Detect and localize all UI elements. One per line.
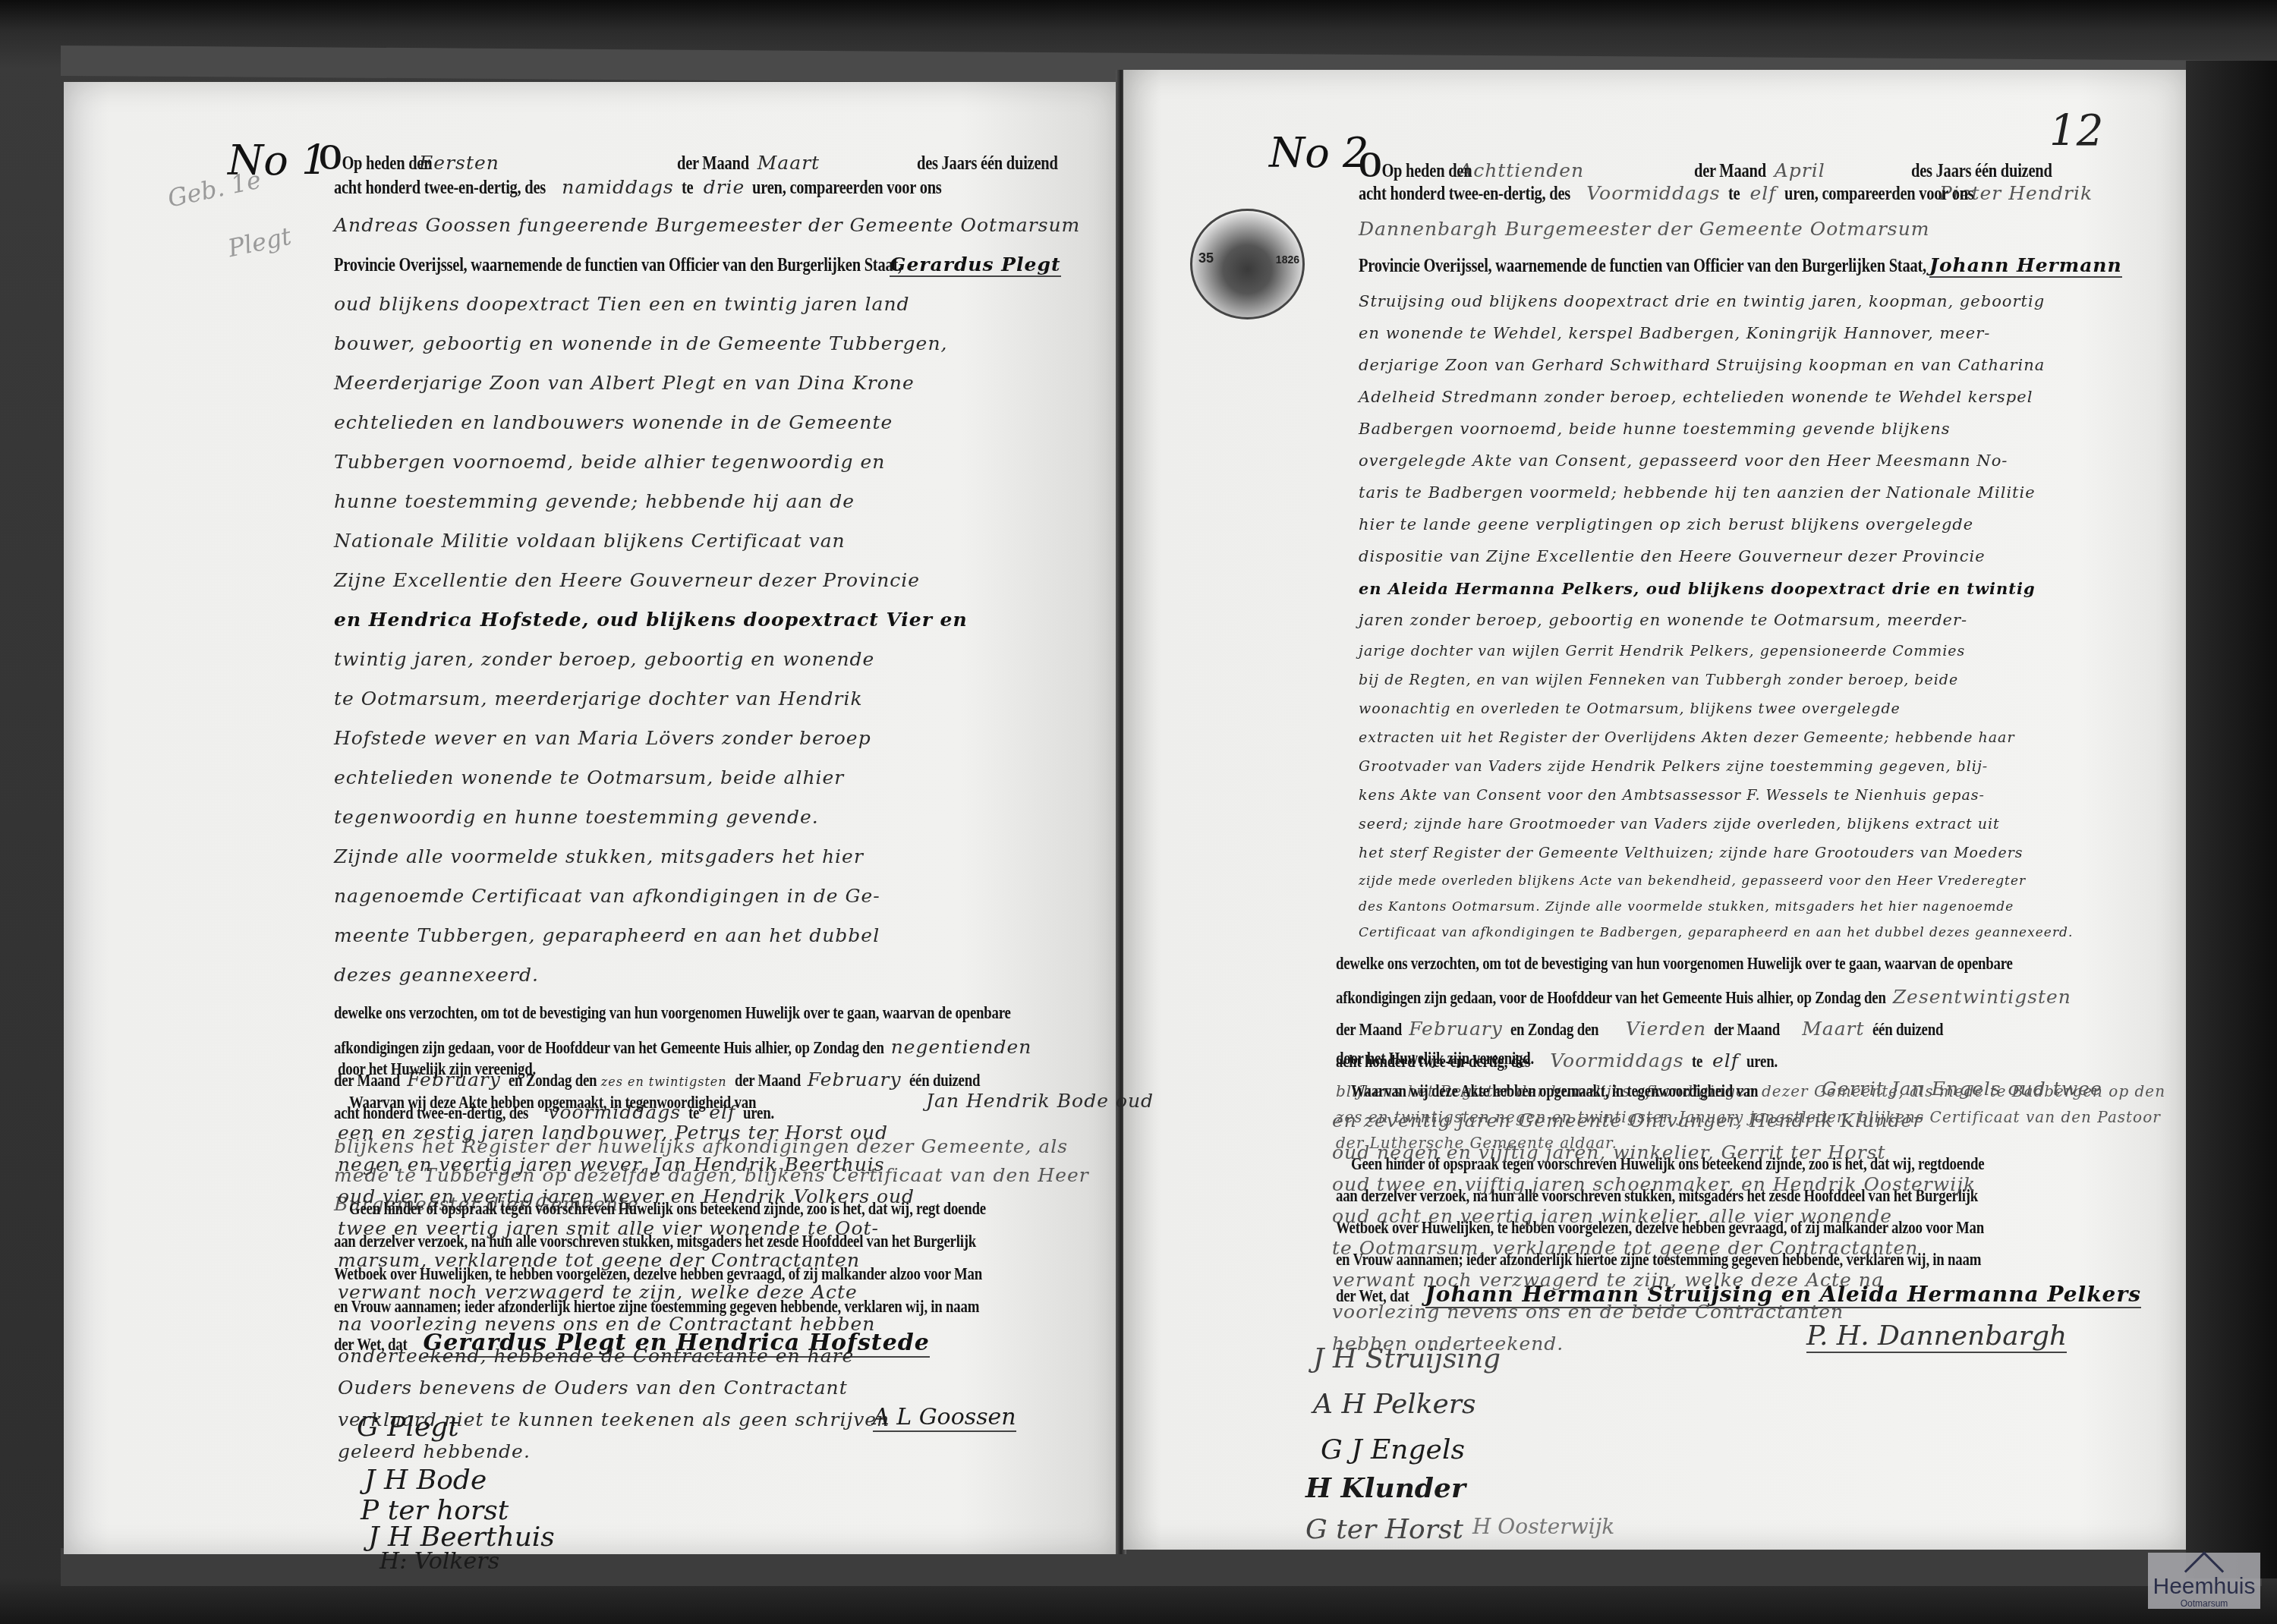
form-text: des Jaars één duizend bbox=[1911, 161, 2052, 182]
witness-text: verwant noch verzwagerd te zijn, welke d… bbox=[338, 1281, 858, 1303]
form-text: één duizend bbox=[909, 1071, 980, 1091]
witness-text: Ouders benevens de Ouders van den Contra… bbox=[338, 1377, 848, 1399]
handwritten-text: Zijnde alle voormelde stukken, mitsgader… bbox=[334, 845, 864, 867]
form-text: der Maand bbox=[735, 1071, 801, 1091]
form-text: te bbox=[682, 178, 693, 199]
officer-signature: A L Goossen bbox=[873, 1404, 1016, 1432]
signature: H: Volkers bbox=[379, 1548, 499, 1575]
handwritten-text: derjarige Zoon van Gerhard Schwithard St… bbox=[1359, 356, 2045, 374]
record-line: Andreas Goossen fungeerende Burgemeester… bbox=[334, 214, 1080, 250]
handwritten-text: jaren zonder beroep, geboortig en wonend… bbox=[1359, 611, 1967, 629]
handwritten-text: bij de Regten, en van wijlen Fenneken va… bbox=[1359, 672, 1958, 688]
groom-name: Gerardus Plegt bbox=[890, 253, 1060, 277]
signature: G J Engels bbox=[1321, 1434, 1465, 1465]
witness-text: twee en veertig jaren smit alle vier won… bbox=[338, 1217, 879, 1239]
form-text: der Maand bbox=[1694, 161, 1766, 182]
heemhuis-watermark: Heemhuis Ootmarsum bbox=[2148, 1553, 2260, 1609]
bride-intro: en Hendrica Hofstede, oud blijkens doope… bbox=[334, 609, 968, 631]
witness-text: negen en veertig jaren wever, Jan Hendri… bbox=[338, 1153, 885, 1176]
form-text: te bbox=[1692, 1052, 1702, 1072]
form-text: der Maand bbox=[677, 153, 749, 175]
handwritten-hour: elf bbox=[1749, 182, 1776, 204]
handwritten-text: dezes geannexeerd. bbox=[334, 964, 539, 986]
witness-text: voorlezing nevens ons en de beide Contra… bbox=[1332, 1301, 1844, 1323]
form-text: uren, compareerden voor ons bbox=[752, 178, 942, 199]
handwritten-text: seerd; zijnde hare Grootmoeder van Vader… bbox=[1359, 816, 2000, 832]
handwritten-text: kens Akte van Consent voor den Ambtsasse… bbox=[1359, 787, 1985, 804]
handwritten-text: Zijne Excellentie den Heere Gouverneur d… bbox=[334, 569, 920, 591]
signature: J H Bode bbox=[364, 1465, 487, 1496]
form-text: dewelke ons verzochten, om tot de bevest… bbox=[334, 1003, 1011, 1023]
handwritten-text: meente Tubbergen, geparapheerd en aan he… bbox=[334, 924, 880, 946]
handwritten-text: echtelieden en landbouwers wonende in de… bbox=[334, 411, 893, 433]
handwritten-text: Certificaat van afkondigingen te Badberg… bbox=[1359, 925, 2073, 940]
signature: G Plegt bbox=[357, 1412, 459, 1443]
signature: H Oosterwijk bbox=[1472, 1514, 1614, 1539]
banns-second-day: zes en twintigsten bbox=[601, 1075, 727, 1089]
banns-first-month: February bbox=[1409, 1018, 1503, 1040]
form-text: der Maand bbox=[1336, 1020, 1402, 1040]
handwritten-text: twintig jaren, zonder beroep, geboortig … bbox=[334, 648, 874, 670]
united-text: door het Huwelijk zijn vereenigd. bbox=[338, 1059, 536, 1079]
record-line: acht honderd twee-en-dertig, des Voormid… bbox=[1359, 182, 2093, 219]
witness-intro: Waarvan wij deze Akte hebben opgemaakt, … bbox=[1351, 1081, 1758, 1101]
stamp-number: 35 bbox=[1198, 250, 1214, 266]
form-text: afkondigingen zijn gedaan, voor de Hoofd… bbox=[1336, 988, 1886, 1008]
official-stamp: 35 1826 bbox=[1190, 209, 1305, 319]
handwritten-month: Maart bbox=[757, 152, 909, 174]
officer-signature: P. H. Dannenbargh bbox=[1806, 1320, 2067, 1353]
record-line: Provincie Overijssel, waarnemende de fun… bbox=[334, 253, 1061, 290]
witness-text: Jan Hendrik Bode oud bbox=[926, 1090, 1154, 1112]
handwritten-text: jarige dochter van wijlen Gerrit Hendrik… bbox=[1359, 643, 1965, 659]
banns-first-day: Zesentwintigsten bbox=[1893, 986, 2071, 1008]
signature: A H Pelkers bbox=[1313, 1389, 1476, 1420]
form-text: acht honderd twee-en-dertig, des bbox=[1359, 184, 1570, 205]
witness-text: te Ootmarsum, verklarende tot geene der … bbox=[1332, 1237, 1918, 1259]
form-text: OOp heden den bbox=[1359, 144, 1472, 186]
witness-text: geleerd hebbende. bbox=[338, 1440, 531, 1462]
handwritten-time-of-day: namiddags bbox=[562, 176, 673, 198]
banns-second-day: Vierden bbox=[1626, 1018, 1706, 1040]
handwritten-text: tegenwoordig en hunne toestemming gevend… bbox=[334, 806, 819, 828]
handwritten-text: zijde mede overleden blijkens Acte van b… bbox=[1359, 873, 2026, 889]
form-text: Provincie Overijssel, waarnemende de fun… bbox=[334, 255, 902, 276]
record-line: OOp heden den Eersten der Maand Maart de… bbox=[319, 137, 1088, 173]
signature: H Klunder bbox=[1305, 1472, 1466, 1504]
banns-hour: elf bbox=[1712, 1050, 1739, 1072]
bride-intro: en Aleida Hermanna Pelkers, oud blijkens… bbox=[1359, 579, 2036, 598]
stamp-year: 1826 bbox=[1276, 253, 1299, 266]
banns-second-month: Maart bbox=[1802, 1018, 1864, 1040]
witness-text: oud acht en veertig jaren winkelier, all… bbox=[1332, 1205, 1892, 1227]
form-text: OOp heden den bbox=[319, 137, 432, 178]
witness-text: na voorlezing nevens ons en de Contracta… bbox=[338, 1313, 875, 1335]
handwritten-text: Dannenbargh Burgemeester der Gemeente Oo… bbox=[1359, 218, 1929, 240]
witness-text: oud twee en vijftig jaren schoenmaker, e… bbox=[1332, 1173, 1976, 1195]
witness-intro: Waarvan wij deze Akte hebben opgemaakt, … bbox=[349, 1093, 756, 1113]
handwritten-text: Hofstede wever en van Maria Lövers zonde… bbox=[334, 727, 871, 749]
signature: J H Struijsing bbox=[1313, 1343, 1501, 1374]
groom-name: Johann Hermann bbox=[1929, 254, 2122, 278]
handwritten-text: taris te Badbergen voormeld; hebbende hi… bbox=[1359, 483, 2036, 502]
form-text: uren. bbox=[1746, 1052, 1778, 1072]
handwritten-text: Nationale Militie voldaan blijkens Certi… bbox=[334, 530, 846, 552]
handwritten-text: nagenoemde Certificaat van afkondigingen… bbox=[334, 885, 880, 907]
form-text: één duizend bbox=[1872, 1020, 1943, 1040]
handwritten-text: oud blijkens doopextract Tien een en twi… bbox=[334, 293, 910, 315]
witness-text: verwant noch verzwagerd te zijn, welke d… bbox=[1332, 1269, 1884, 1291]
handwritten-text: echtelieden wonende te Ootmarsum, beide … bbox=[334, 766, 844, 788]
book-spine-right bbox=[2186, 61, 2277, 1578]
handwritten-text: overgelegde Akte van Consent, gepasseerd… bbox=[1359, 452, 2008, 470]
handwritten-text: des Kantons Ootmarsum. Zijnde alle voorm… bbox=[1359, 899, 2014, 914]
handwritten-text: hier te lande geene verpligtingen op zic… bbox=[1359, 515, 1973, 533]
form-text: des Jaars één duizend bbox=[917, 153, 1058, 175]
watermark-subtitle: Ootmarsum bbox=[2181, 1598, 2228, 1609]
handwritten-hour: drie bbox=[704, 176, 745, 198]
entry-number: No 2 bbox=[1269, 129, 1368, 177]
form-text: acht honderd twee-en-dertig, des bbox=[334, 178, 546, 199]
handwritten-text: het sterf Register der Gemeente Velthuiz… bbox=[1359, 845, 2023, 861]
witness-text: een en zestig jaren landbouwer, Petrus t… bbox=[338, 1122, 888, 1144]
form-text: afkondigingen zijn gedaan, voor de Hoofd… bbox=[334, 1038, 884, 1058]
handwritten-text: Andreas Goossen fungeerende Burgemeester… bbox=[334, 214, 1080, 236]
witness-text: Gerrit Jan Engels oud twee bbox=[1822, 1078, 2102, 1100]
entry-number: No 1 bbox=[228, 137, 327, 184]
handwritten-month: April bbox=[1775, 159, 1904, 181]
form-text: Provincie Overijssel, waarnemende de fun… bbox=[1359, 256, 1926, 277]
handwritten-text: bouwer, geboortig en wonende in de Gemee… bbox=[334, 332, 947, 354]
record-line: Provincie Overijssel, waarnemende de fun… bbox=[1359, 254, 2122, 291]
banns-second-month: February bbox=[808, 1069, 902, 1091]
witness-text: oud negen en vijftig jaren, winkelier, G… bbox=[1332, 1141, 1886, 1163]
handwritten-day: Eersten bbox=[419, 152, 669, 174]
handwritten-text: Grootvader van Vaders zijde Hendrik Pelk… bbox=[1359, 758, 1988, 775]
handwritten-text: woonachtig en overleden te Ootmarsum, bl… bbox=[1359, 700, 1901, 717]
united-text: door het Huwelijk zijn vereenigd. bbox=[1336, 1049, 1534, 1069]
handwritten-text: Badbergen voornoemd, beide hunne toestem… bbox=[1359, 420, 1951, 438]
handwritten-text: hunne toestemming gevende; hebbende hij … bbox=[334, 490, 855, 512]
record-line: acht honderd twee-en-dertig, des namidda… bbox=[334, 176, 984, 212]
witness-text: onderteekend, hebbende de Contractante e… bbox=[338, 1345, 854, 1367]
handwritten-time-of-day: Voormiddags bbox=[1586, 182, 1720, 204]
form-text: en Zondag den bbox=[1510, 1020, 1598, 1040]
form-text: dewelke ons verzochten, om tot de bevest… bbox=[1336, 954, 2013, 974]
witness-text: en zeventig jaren Gemeente Ontvanger, He… bbox=[1332, 1109, 1923, 1131]
banns-time-of-day: Voormiddags bbox=[1550, 1050, 1683, 1072]
handwritten-text: Adelheid Stredmann zonder beroep, echtel… bbox=[1359, 388, 2033, 406]
signature: G ter Horst bbox=[1305, 1514, 1463, 1545]
handwritten-text: Tubbergen voornoemd, beide alhier tegenw… bbox=[334, 451, 885, 473]
handwritten-text: Struijsing oud blijkens doopextract drie… bbox=[1359, 292, 2045, 310]
handwritten-text: Meerderjarige Zoon van Albert Plegt en v… bbox=[334, 372, 915, 394]
handwritten-day: Achttienden bbox=[1459, 159, 1686, 181]
form-text: der Maand bbox=[1714, 1020, 1780, 1040]
banns-first-day: negentienden bbox=[891, 1036, 1032, 1058]
witness-text: marsum, verklarende tot geene der Contra… bbox=[338, 1249, 860, 1271]
witness-text: oud vier en veertig jaren wever en Hendr… bbox=[338, 1185, 915, 1207]
form-text: uren, compareerden voor ons bbox=[1784, 184, 1974, 205]
record-line: OOp heden den Achttienden der Maand Apri… bbox=[1359, 144, 2083, 181]
handwritten-text: te Ootmarsum, meerderjarige dochter van … bbox=[334, 688, 863, 710]
handwritten-text: en wonende te Wehdel, kerspel Badbergen,… bbox=[1359, 324, 1990, 342]
form-text: te bbox=[1728, 184, 1740, 205]
handwritten-text: dispositie van Zijne Excellentie den Hee… bbox=[1359, 547, 1986, 565]
handwritten-text: extracten uit het Register der Overlijde… bbox=[1359, 729, 2015, 746]
